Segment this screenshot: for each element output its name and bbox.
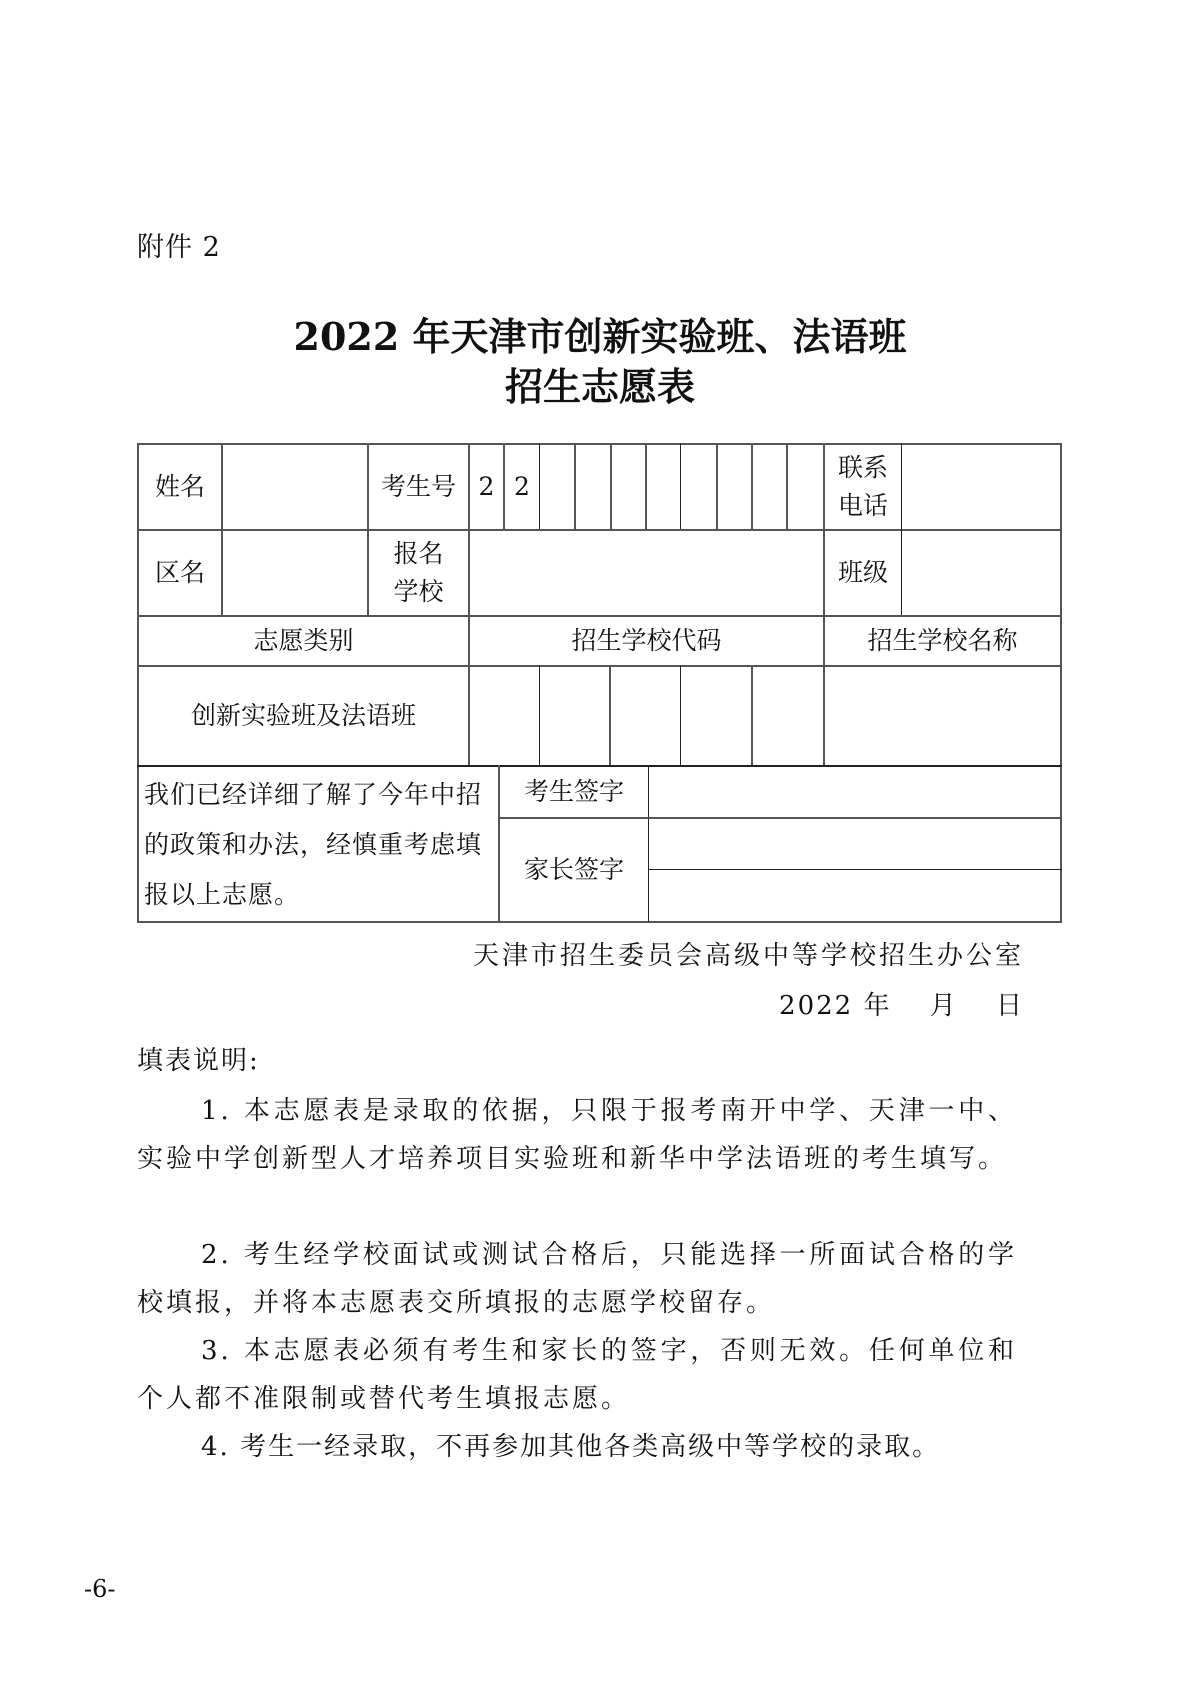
school-code-digit-3[interactable] xyxy=(611,667,680,765)
district-label: 区名 xyxy=(139,531,221,615)
exam-number-digit-10[interactable] xyxy=(788,445,823,529)
instruction-item-4: 4. 考生一经录取，不再参加其他各类高级中等学校的录取。 xyxy=(137,1423,1017,1471)
school-code-digit-1[interactable] xyxy=(470,667,539,765)
school-code-header: 招生学校代码 xyxy=(470,617,823,665)
instruction-item-2: 2. 考生经学校面试或测试合格后，只能选择一所面试合格的学校填报，并将本志愿表交… xyxy=(137,1231,1017,1327)
col-divider xyxy=(648,765,649,922)
school-name-input[interactable] xyxy=(825,667,1060,765)
exam-number-digit-8[interactable] xyxy=(718,445,751,529)
exam-number-digit-1[interactable]: 2 xyxy=(470,445,503,529)
form-title-line1: 2022 年天津市创新实验班、法语班 xyxy=(0,312,1200,362)
attachment-label: 附件 2 xyxy=(137,225,221,264)
instructions-title: 填表说明: xyxy=(137,1040,260,1077)
page-number: -6- xyxy=(84,1575,116,1603)
row-divider xyxy=(648,869,1062,870)
issuing-office: 天津市招生委员会高级中等学校招生办公室 xyxy=(473,935,1024,972)
instruction-item-1: 1. 本志愿表是录取的依据，只限于报考南开中学、天津一中、实验中学创新型人才培养… xyxy=(137,1087,1017,1183)
exam-number-digit-2[interactable]: 2 xyxy=(505,445,539,529)
student-signature-label: 考生签字 xyxy=(500,767,648,817)
class-input[interactable] xyxy=(902,531,1060,615)
phone-label-line1: 联系 xyxy=(838,449,888,487)
district-input[interactable] xyxy=(223,531,367,615)
parent-signature-label: 家长签字 xyxy=(500,819,648,921)
exam-number-digit-6[interactable] xyxy=(647,445,680,529)
instruction-item-3: 3. 本志愿表必须有考生和家长的签字，否则无效。任何单位和个人都不准限制或替代考… xyxy=(137,1327,1017,1423)
class-label: 班级 xyxy=(825,531,901,615)
phone-label: 联系 电话 xyxy=(825,445,901,529)
issue-date: 2022 年 月 日 xyxy=(779,985,1024,1022)
form-title-line2: 招生志愿表 xyxy=(0,362,1200,412)
declaration-statement: 我们已经详细了解了今年中招的政策和办法，经慎重考虑填报以上志愿。 xyxy=(144,770,496,920)
school-code-digit-2[interactable] xyxy=(540,667,609,765)
school-name-header: 招生学校名称 xyxy=(825,617,1060,665)
registration-school-label-line1: 报名 xyxy=(393,535,443,573)
category-header: 志愿类别 xyxy=(139,617,468,665)
phone-label-line2: 电话 xyxy=(838,487,888,525)
exam-number-label: 考生号 xyxy=(369,445,468,529)
category-value: 创新实验班及法语班 xyxy=(139,667,468,765)
phone-input[interactable] xyxy=(902,445,1060,529)
exam-number-digit-5[interactable] xyxy=(612,445,645,529)
name-input[interactable] xyxy=(223,445,367,529)
school-code-digit-5[interactable] xyxy=(753,667,823,765)
registration-school-label: 报名 学校 xyxy=(369,531,468,615)
parent-signature-field-2[interactable] xyxy=(650,871,1060,921)
school-code-digit-4[interactable] xyxy=(681,667,751,765)
exam-number-digit-9[interactable] xyxy=(753,445,786,529)
table-border-right xyxy=(1060,443,1062,923)
exam-number-digit-3[interactable] xyxy=(540,445,574,529)
exam-number-digit-4[interactable] xyxy=(576,445,610,529)
registration-school-input[interactable] xyxy=(470,531,823,615)
registration-school-label-line2: 学校 xyxy=(393,573,443,611)
table-border-bottom xyxy=(137,921,1062,923)
name-label: 姓名 xyxy=(139,445,221,529)
exam-number-digit-7[interactable] xyxy=(681,445,716,529)
parent-signature-field-1[interactable] xyxy=(650,819,1060,869)
student-signature-field[interactable] xyxy=(650,767,1060,817)
